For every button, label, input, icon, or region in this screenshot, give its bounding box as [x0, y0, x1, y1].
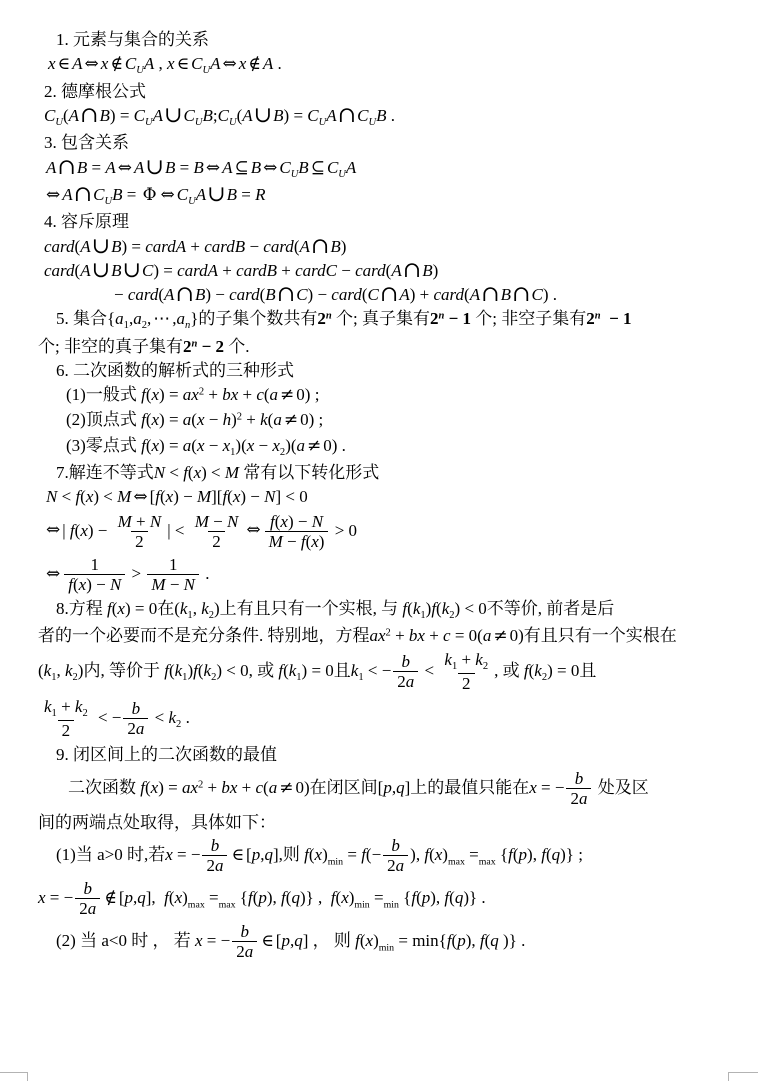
- math-token: A: [62, 185, 72, 204]
- math-token: ⇔: [204, 158, 222, 178]
- math-token: ∪: [91, 233, 112, 259]
- math-token: ∩: [379, 281, 400, 307]
- math-token: x: [151, 410, 159, 429]
- math-token: min: [328, 856, 343, 867]
- math-token: 0) .: [323, 436, 346, 455]
- math-token: 0): [510, 626, 524, 645]
- math-token: ],: [146, 888, 164, 907]
- math-token: (2)顶点式: [66, 410, 137, 429]
- fraction: b2a: [393, 652, 418, 692]
- math-token: ， 则: [308, 931, 351, 950]
- math-token: A: [105, 158, 115, 177]
- math-token: 个; 非空子集有: [475, 309, 586, 328]
- math-token: cardB: [204, 237, 245, 256]
- math-token: min: [384, 899, 399, 910]
- math-token: −: [114, 285, 128, 304]
- math-token: {: [439, 931, 447, 950]
- math-token: x: [167, 54, 175, 73]
- math-token: +: [57, 697, 75, 716]
- math-token: p: [125, 888, 134, 907]
- math-token: A: [326, 106, 336, 125]
- math-token: >: [127, 564, 145, 583]
- math-token: max: [448, 856, 465, 867]
- doc-line: 5. 集合{a1,a2,⋯,an}的子集个数共有2n 个; 真子集有2n − 1…: [56, 308, 738, 332]
- math-token: a: [297, 436, 306, 455]
- math-token: A: [134, 158, 144, 177]
- math-token: 上有且只有一个实根, 与: [220, 599, 399, 618]
- math-token: x: [195, 931, 203, 950]
- math-token: C: [368, 285, 379, 304]
- math-token: 2: [82, 709, 87, 720]
- math-token: h: [223, 410, 232, 429]
- math-token: x: [38, 888, 46, 907]
- math-token: a: [115, 309, 124, 328]
- fraction: k1 + k22: [40, 697, 92, 741]
- math-token: ) −: [288, 512, 312, 531]
- math-token: min: [379, 943, 394, 954]
- math-token: k: [65, 661, 73, 680]
- math-token: , 或: [249, 661, 275, 680]
- math-token: cardC: [295, 261, 337, 280]
- doc-line: k1 + k22 < −b2a < k2 .: [38, 697, 738, 741]
- math-token: card: [434, 285, 465, 304]
- math-token: ∪: [206, 181, 227, 207]
- math-token: A: [346, 158, 356, 177]
- math-token: a: [215, 856, 224, 875]
- math-token: 7.解连不等式: [56, 463, 154, 482]
- math-token: 2: [387, 856, 396, 875]
- math-token: N: [312, 512, 323, 531]
- math-token: B: [111, 261, 121, 280]
- math-token: ∩: [511, 281, 532, 307]
- math-token: − 1: [601, 309, 632, 328]
- math-token: ⇔: [44, 564, 62, 584]
- math-token: a: [176, 309, 185, 328]
- math-token: bx: [221, 778, 237, 797]
- math-token: ) =: [159, 436, 183, 455]
- math-token: +: [277, 261, 295, 280]
- doc-line: 4. 容斥原理: [44, 211, 738, 232]
- math-token: ) −: [86, 575, 110, 594]
- math-token: C: [357, 106, 368, 125]
- math-token: ) = 0: [125, 599, 157, 618]
- doc-line: x∈A⇔x∉CUA , x∈CUA⇔x∉A .: [48, 53, 738, 77]
- math-token: 内, 等价于: [83, 661, 160, 680]
- math-token: B: [111, 237, 121, 256]
- math-token: B: [251, 158, 261, 177]
- math-token: max: [219, 899, 236, 910]
- math-token: 2: [236, 942, 245, 961]
- math-token: A: [144, 54, 154, 73]
- math-token: ∩: [56, 154, 77, 180]
- math-token: 5. 集合: [56, 309, 107, 328]
- math-token: ): [341, 237, 347, 256]
- math-token: a: [183, 436, 192, 455]
- math-token: ),: [267, 888, 281, 907]
- math-token: f: [160, 661, 169, 680]
- math-token: ∈: [175, 54, 192, 74]
- math-token: a: [270, 385, 279, 404]
- math-token: − 2: [197, 337, 228, 356]
- math-token: N: [154, 463, 165, 482]
- math-token: .: [201, 564, 210, 583]
- math-token: C: [142, 261, 153, 280]
- math-token: ∉: [102, 888, 119, 908]
- math-token: x: [311, 532, 319, 551]
- math-token: ∪: [91, 257, 112, 283]
- math-token: C: [218, 106, 229, 125]
- math-token: ∩: [73, 181, 94, 207]
- math-token: −: [209, 512, 227, 531]
- math-token: x: [341, 888, 349, 907]
- math-token: p: [281, 931, 290, 950]
- math-token: )} .: [499, 931, 526, 950]
- math-token: ⇔: [261, 158, 279, 178]
- math-token: a>0: [97, 845, 123, 864]
- math-token: f: [351, 931, 360, 950]
- math-token: a: [273, 410, 282, 429]
- math-token: (2) 当: [56, 931, 101, 950]
- math-token: x: [151, 436, 159, 455]
- math-token: cardB: [236, 261, 277, 280]
- math-token: 1: [169, 555, 178, 574]
- math-token: .: [181, 708, 190, 727]
- math-token: |: [62, 520, 70, 539]
- math-token: − 1: [444, 309, 475, 328]
- math-token: {: [107, 309, 115, 328]
- math-token: −: [166, 575, 184, 594]
- math-token: A: [69, 106, 79, 125]
- math-token: A: [299, 237, 309, 256]
- math-token: 二次函数: [68, 778, 136, 797]
- math-token: A: [210, 54, 220, 73]
- math-token: ∩: [402, 257, 423, 283]
- math-token: f: [398, 599, 407, 618]
- math-token: k: [260, 410, 268, 429]
- math-token: U: [203, 65, 211, 76]
- math-token: k: [169, 708, 177, 727]
- math-token: = −: [46, 888, 74, 907]
- math-token: x: [151, 385, 159, 404]
- math-token: = −: [537, 778, 565, 797]
- math-token: +: [204, 385, 222, 404]
- math-token: cardA: [177, 261, 218, 280]
- math-token: ⇔: [244, 520, 262, 540]
- math-token: | <: [167, 520, 189, 539]
- fraction: M + N2: [114, 512, 166, 552]
- math-token: U: [368, 117, 376, 128]
- math-token: b: [391, 836, 400, 855]
- math-token: ∪: [253, 102, 274, 128]
- math-token: 2: [127, 719, 136, 738]
- doc-line: 1. 元素与集合的关系: [56, 29, 738, 50]
- math-token: 个; 真子集有: [332, 309, 430, 328]
- math-token: <: [420, 661, 438, 680]
- math-token: 2: [135, 532, 144, 551]
- math-token: −: [283, 532, 301, 551]
- doc-line: x = −b2a∉[p,q], f(x)max =max {f(p), f(q)…: [38, 879, 738, 919]
- doc-line: N < f(x) < M⇔[f(x) − M][f(x) − N] < 0: [46, 486, 738, 508]
- math-token: ) < 0: [216, 661, 248, 680]
- math-token: C: [327, 158, 338, 177]
- math-token: 0): [295, 778, 309, 797]
- math-token: ),: [410, 845, 424, 864]
- math-token: ) = 0: [547, 661, 579, 680]
- math-token: x: [366, 931, 374, 950]
- math-token: b: [83, 879, 92, 898]
- math-token: 且: [579, 661, 596, 680]
- math-token: card: [44, 261, 75, 280]
- math-token: ) <: [93, 487, 117, 506]
- math-token: ∩: [79, 102, 100, 128]
- math-token: =: [87, 158, 105, 177]
- math-token: ∩: [337, 102, 358, 128]
- math-token: q: [294, 931, 303, 950]
- math-token: q: [137, 888, 146, 907]
- math-token: +: [242, 410, 260, 429]
- math-token: ∩: [276, 281, 297, 307]
- math-token: ) =: [284, 106, 308, 125]
- math-token: 2: [206, 856, 215, 875]
- math-token: B: [501, 285, 511, 304]
- math-token: ⊆: [232, 158, 250, 178]
- math-token: card: [331, 285, 362, 304]
- math-token: <: [150, 708, 168, 727]
- math-token: U: [229, 117, 237, 128]
- doc-line: − card(A∩B) − card(B∩C) − card(C∩A) + ca…: [114, 284, 738, 305]
- math-token: +: [203, 778, 221, 797]
- math-token: ) −: [205, 285, 229, 304]
- math-token: k: [204, 661, 212, 680]
- math-token: x: [194, 463, 202, 482]
- math-token: ⇔: [116, 158, 134, 178]
- math-token: U: [145, 117, 153, 128]
- math-token: ): [319, 532, 325, 551]
- math-token: min: [412, 931, 438, 950]
- doc-line: (2) 当 a<0 时 ， 若 x = −b2a∈[p,q] ， 则 f(x)m…: [56, 922, 738, 962]
- math-token: b: [240, 922, 249, 941]
- math-token: ) =: [158, 778, 182, 797]
- math-token: =: [394, 931, 412, 950]
- math-token: 时,若: [123, 845, 166, 864]
- math-token: M: [117, 487, 131, 506]
- math-token: −: [205, 436, 223, 455]
- fraction: b2a: [123, 699, 148, 739]
- math-token: ,: [193, 599, 202, 618]
- math-token: 6. 二次函数的解析式的三种形式: [56, 361, 294, 380]
- math-token: 2: [586, 309, 595, 328]
- doc-line: (1)当 a>0 时,若x = −b2a∈[p,q],则 f(x)min = f…: [56, 836, 738, 876]
- math-token: ∈: [259, 931, 276, 951]
- math-token: min: [354, 899, 369, 910]
- math-token: 2: [570, 789, 579, 808]
- math-token: 的子集个数共有: [198, 309, 317, 328]
- math-token: card: [128, 285, 159, 304]
- math-token: +: [457, 650, 475, 669]
- fraction: 1f(x) − N: [64, 555, 125, 595]
- math-token: U: [55, 117, 63, 128]
- math-token: B: [77, 158, 87, 177]
- math-token: 则: [283, 845, 300, 864]
- doc-line: ⇔A∩CUB = Φ⇔CUA∪B = R: [44, 184, 738, 208]
- doc-line: 7.解连不等式N < f(x) < M 常有以下转化形式: [56, 462, 738, 483]
- math-token: a: [183, 410, 192, 429]
- math-token: q: [490, 931, 499, 950]
- math-token: ) = 0: [302, 661, 334, 680]
- math-token: =: [465, 845, 479, 864]
- math-token: card: [44, 237, 75, 256]
- math-token: +: [218, 261, 236, 280]
- math-token: x: [272, 436, 280, 455]
- math-token: =: [175, 158, 193, 177]
- math-token: ax: [370, 626, 386, 645]
- fraction: 1M − N: [147, 555, 199, 595]
- math-token: ≠: [282, 410, 300, 430]
- math-token: C: [134, 106, 145, 125]
- math-token: ⋯: [151, 309, 172, 329]
- math-token: 间的两端点处取得，具体如下：: [38, 813, 276, 832]
- math-token: A: [153, 106, 163, 125]
- math-token: k: [534, 661, 542, 680]
- math-token: C: [44, 106, 55, 125]
- math-token: (3)零点式: [66, 436, 137, 455]
- math-token: x: [197, 410, 205, 429]
- math-token: 2: [62, 721, 71, 740]
- math-token: ⇔: [131, 487, 149, 507]
- math-token: (−: [366, 845, 381, 864]
- math-token: ),: [466, 931, 480, 950]
- math-token: p: [422, 888, 431, 907]
- math-token: 8.方程: [56, 599, 103, 618]
- math-token: = −: [173, 845, 201, 864]
- math-token: c: [256, 385, 264, 404]
- math-token: ≠: [277, 778, 295, 798]
- math-token: ∉: [108, 54, 125, 74]
- math-token: A: [80, 237, 90, 256]
- math-token: B: [376, 106, 386, 125]
- doc-line: 6. 二次函数的解析式的三种形式: [56, 360, 738, 381]
- math-token: b: [211, 836, 220, 855]
- math-token: x: [280, 512, 288, 531]
- math-token: a: [406, 672, 415, 691]
- math-token: =: [237, 185, 255, 204]
- math-token: ) =: [153, 261, 177, 280]
- document-page: 1. 元素与集合的关系x∈A⇔x∉CUA , x∈CUA⇔x∉A .2. 德摩根…: [0, 0, 758, 962]
- math-token: ) =: [159, 385, 183, 404]
- math-token: max: [188, 899, 205, 910]
- math-token: q: [396, 778, 405, 797]
- math-token: C: [296, 285, 307, 304]
- math-token: ∩: [310, 233, 331, 259]
- doc-line: (2)顶点式 f(x) = a(x − h)2 + k(a≠0) ;: [66, 409, 738, 431]
- doc-line: ⇔| f(x) − M + N2| < M − N2⇔f(x) − NM − f…: [44, 512, 738, 552]
- math-token: ,: [56, 661, 65, 680]
- math-token: {: [236, 888, 248, 907]
- math-token: B: [112, 185, 122, 204]
- math-token: a: [136, 719, 145, 738]
- math-token: ,: [154, 54, 167, 73]
- math-token: 在闭区间: [310, 778, 378, 797]
- fraction: f(x) − NM − f(x): [265, 512, 329, 552]
- math-token: R: [255, 185, 265, 204]
- math-token: (1)一般式: [66, 385, 137, 404]
- math-token: U: [188, 196, 196, 207]
- math-token: A: [196, 185, 206, 204]
- math-token: card: [229, 285, 260, 304]
- math-token: −: [205, 410, 223, 429]
- math-token: cardA: [145, 237, 186, 256]
- math-token: k: [201, 599, 209, 618]
- math-token: b: [132, 699, 141, 718]
- math-token: a: [88, 899, 97, 918]
- math-token: B: [298, 158, 308, 177]
- math-token: U: [105, 196, 113, 207]
- math-token: <: [57, 487, 75, 506]
- math-token: )(: [235, 436, 246, 455]
- math-token: card: [263, 237, 294, 256]
- math-token: ): [433, 261, 439, 280]
- math-token: a: [579, 789, 588, 808]
- math-token: A: [46, 158, 56, 177]
- math-token: f: [137, 410, 146, 429]
- math-token: C: [125, 54, 136, 73]
- math-token: 4. 容斥原理: [44, 212, 129, 231]
- math-token: 0) ;: [300, 410, 323, 429]
- math-token: C: [532, 285, 543, 304]
- math-token: 2: [317, 309, 326, 328]
- math-token: k: [44, 697, 52, 716]
- math-token: )} ;: [560, 845, 583, 864]
- math-token: ),: [430, 888, 444, 907]
- math-token: B: [165, 158, 175, 177]
- math-token: p: [258, 888, 267, 907]
- math-token: ) −: [240, 487, 264, 506]
- math-token: x: [80, 520, 88, 539]
- math-token: C: [307, 106, 318, 125]
- math-token: < −: [364, 661, 392, 680]
- math-token: f: [520, 661, 529, 680]
- fraction: b2a: [566, 769, 591, 809]
- math-token: a: [245, 942, 254, 961]
- math-token: )(: [285, 436, 296, 455]
- math-token: x: [197, 436, 205, 455]
- math-token: x: [223, 436, 231, 455]
- fraction: b2a: [232, 922, 257, 962]
- math-token: = 0(: [451, 626, 483, 645]
- math-token: ) =: [122, 237, 146, 256]
- math-token: a: [396, 856, 405, 875]
- math-token: {: [399, 888, 411, 907]
- math-token: ax: [183, 385, 199, 404]
- math-token: 2: [212, 532, 221, 551]
- doc-line: 个; 非空的真子集有2n − 2 个.: [38, 336, 738, 357]
- math-token: 9. 闭区间上的二次函数的最值: [56, 745, 277, 764]
- math-token: 处及区: [593, 778, 648, 797]
- math-token: A: [470, 285, 480, 304]
- math-token: A: [399, 285, 409, 304]
- math-token: < −: [94, 708, 122, 727]
- math-token: ∉: [246, 54, 263, 74]
- math-token: A: [391, 261, 401, 280]
- math-token: (1)当: [56, 845, 97, 864]
- math-token: 2: [462, 674, 471, 693]
- math-token: C: [177, 185, 188, 204]
- math-token: ⇔: [221, 54, 239, 74]
- math-token: N: [110, 575, 121, 594]
- math-token: x: [48, 54, 56, 73]
- math-token: −: [245, 237, 263, 256]
- math-token: ∩: [480, 281, 501, 307]
